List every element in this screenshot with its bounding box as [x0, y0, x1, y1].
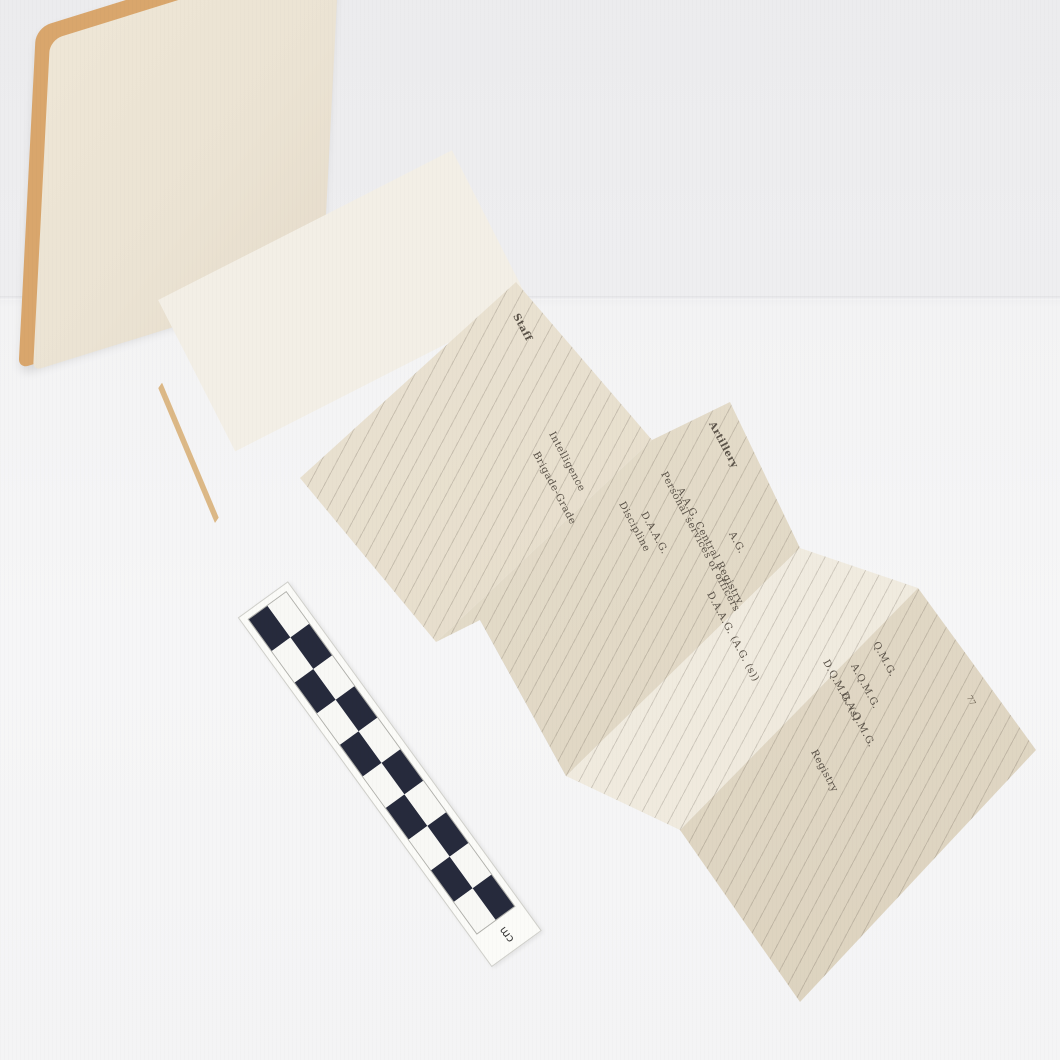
ruler-unit-label: cm	[484, 907, 530, 963]
checker-pattern	[248, 591, 516, 935]
